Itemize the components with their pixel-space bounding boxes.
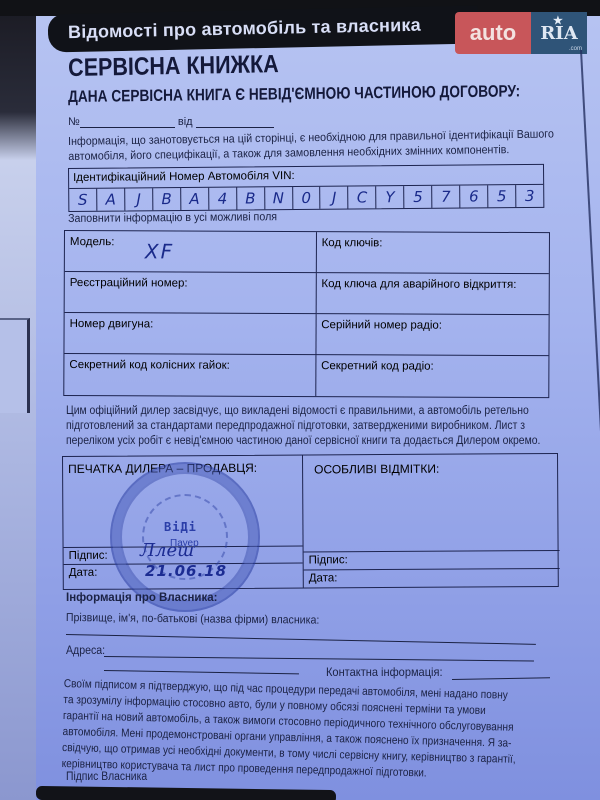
autoria-logo: auto ★ RIA .com bbox=[455, 12, 587, 54]
fill-hint: Заповнити інформацію в усі можливі поля bbox=[68, 210, 277, 227]
notes-label: ОСОБЛИВІ ВІДМІТКИ: bbox=[309, 457, 444, 482]
field-cell[interactable]: Серійний номер радіо: bbox=[316, 314, 548, 356]
dealer-signature-label: Підпис: bbox=[69, 550, 108, 562]
vin-char-cell[interactable]: S bbox=[69, 189, 97, 211]
vin-char-cell[interactable]: 6 bbox=[460, 185, 488, 207]
owner-signature-label: Підпис Власника bbox=[66, 770, 147, 785]
vin-char-cell[interactable]: J bbox=[125, 188, 153, 210]
dealer-paragraph: Цим офіційний дилер засвідчує, що виклад… bbox=[66, 404, 540, 449]
stamp-brand: ВіДі bbox=[164, 520, 208, 536]
vin-char-cell[interactable]: J bbox=[321, 187, 349, 209]
background-folder-tab bbox=[0, 318, 30, 413]
dealer-date-label: Дата: bbox=[69, 567, 98, 579]
header-band-title: Відомості про автомобіль та власника bbox=[68, 15, 421, 43]
vin-char-cell[interactable]: 0 bbox=[293, 187, 321, 209]
vin-char-cell[interactable]: 3 bbox=[516, 185, 543, 207]
logo-auto: auto bbox=[455, 12, 531, 54]
field-cell[interactable]: Реєстраційний номер: bbox=[65, 272, 317, 314]
owner-heading: Інформація про Власника: bbox=[66, 592, 217, 604]
dealer-stamp: ВіДі Пауер bbox=[110, 462, 260, 612]
notes-date-label: Дата: bbox=[309, 572, 338, 584]
page-title: СЕРВІСНА КНИЖКА bbox=[68, 50, 279, 83]
field-label: Секретний код радіо: bbox=[321, 360, 434, 372]
field-label: Модель: bbox=[70, 236, 115, 248]
owner-name-label: Прізвище, ім'я, по-батькові (назва фірми… bbox=[66, 611, 320, 629]
vehicle-info-grid: Модель:XFКод ключів:Реєстраційний номер:… bbox=[63, 230, 550, 398]
dealer-para-line: переліком усіх робіт є невід'ємною части… bbox=[66, 434, 540, 449]
notes-signature-row[interactable]: Підпис: bbox=[304, 550, 560, 569]
field-cell[interactable]: Модель:XF bbox=[65, 231, 317, 273]
vin-char-cell[interactable]: A bbox=[97, 189, 125, 211]
star-icon: ★ bbox=[553, 14, 563, 27]
field-label: Номер двигуна: bbox=[70, 318, 154, 330]
vin-box: Ідентифікаційний Номер Автомобіля VIN: S… bbox=[68, 164, 544, 212]
vin-char-cell[interactable]: B bbox=[153, 188, 181, 210]
address-label: Адреса: bbox=[66, 644, 105, 659]
field-label: Секретний код колісних гайок: bbox=[69, 359, 229, 372]
vin-char-cell[interactable]: 4 bbox=[209, 188, 237, 210]
number-field[interactable] bbox=[80, 127, 175, 128]
field-value: XF bbox=[145, 239, 174, 263]
handwritten-date: 21.06.18 bbox=[145, 562, 227, 580]
dealer-para-line: підготовлений за стандартами передпродаж… bbox=[66, 419, 540, 434]
vin-char-cell[interactable]: Y bbox=[376, 186, 404, 208]
field-label: Код ключа для аварійного відкриття: bbox=[321, 278, 516, 291]
field-label: Реєстраційний номер: bbox=[70, 277, 188, 290]
field-label: Код ключів: bbox=[322, 237, 383, 249]
owner-statement: Своїм підписом я підтверджую, що під час… bbox=[61, 676, 517, 784]
date-field[interactable] bbox=[196, 127, 274, 128]
vin-char-cell[interactable]: 7 bbox=[432, 186, 460, 208]
number-label: № bbox=[68, 116, 80, 128]
from-label: від bbox=[178, 116, 193, 128]
vin-char-cell[interactable]: N bbox=[265, 187, 293, 209]
notes-date-row[interactable]: Дата: bbox=[304, 568, 560, 587]
background-left bbox=[0, 0, 40, 800]
number-date-line: № від bbox=[68, 116, 274, 128]
field-cell[interactable]: Секретний код радіо: bbox=[316, 355, 548, 397]
vin-char-cell[interactable]: B bbox=[237, 187, 265, 209]
vin-char-cell[interactable]: A bbox=[181, 188, 209, 210]
field-cell[interactable]: Код ключа для аварійного відкриття: bbox=[316, 273, 548, 315]
field-label: Серійний номер радіо: bbox=[321, 319, 442, 332]
vin-cells: SAJBA4BN0JCY57653 bbox=[69, 185, 543, 211]
field-cell[interactable]: Секретний код колісних гайок: bbox=[64, 354, 316, 396]
field-cell[interactable]: Номер двигуна: bbox=[64, 313, 316, 355]
dealer-handwritten-signature: Ллеш bbox=[140, 540, 194, 561]
vin-char-cell[interactable]: 5 bbox=[404, 186, 432, 208]
notes-signature-label: Підпис: bbox=[309, 554, 348, 566]
vin-char-cell[interactable]: 5 bbox=[488, 185, 516, 207]
vin-char-cell[interactable]: C bbox=[349, 186, 377, 208]
contact-label: Контактна інформація: bbox=[326, 665, 443, 680]
field-cell[interactable]: Код ключів: bbox=[316, 232, 548, 274]
dealer-para-line: Цим офіційний дилер засвідчує, що виклад… bbox=[66, 404, 540, 419]
logo-ria: ★ RIA .com bbox=[531, 12, 587, 54]
